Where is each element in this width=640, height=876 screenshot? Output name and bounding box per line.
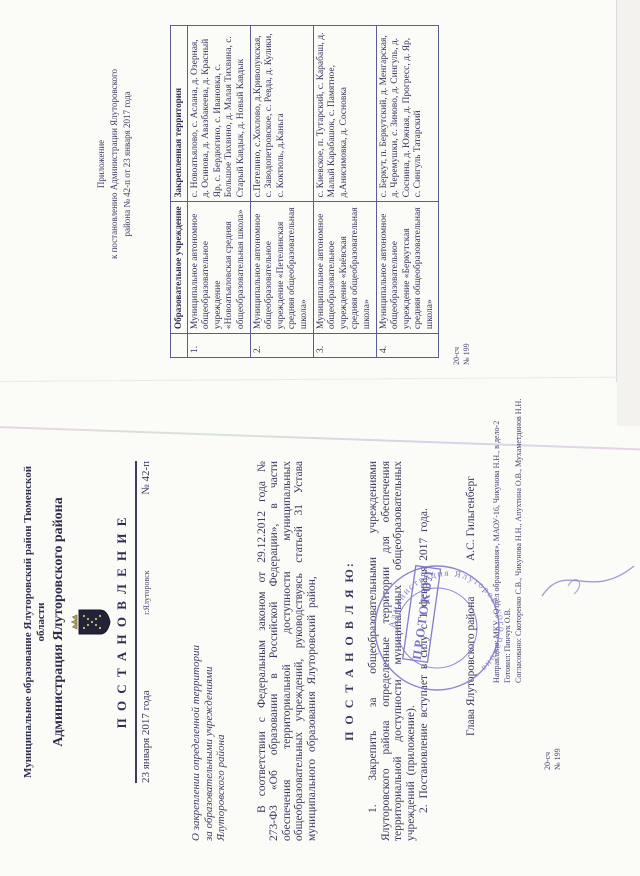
row-institution: Муниципальное автономное общеобразовател… (187, 202, 250, 334)
table-header-num (171, 334, 188, 358)
row-number: 1. (187, 334, 250, 358)
row-institution: Муниципальное автономное общеобразовател… (250, 202, 313, 334)
schools-table: Образовательное учреждение Закрепленная … (170, 25, 439, 358)
row-number: 3. (313, 334, 376, 358)
table-header-territory: Закрепленная территория (171, 26, 188, 202)
signature-name: А.С. Гильгенберг (465, 476, 477, 561)
case-code: 20-сч (452, 343, 462, 365)
resolution-item-1: 1. Закрепить за общеобразовательными учр… (367, 461, 417, 841)
document-place: г.Ялуторовск (142, 570, 151, 614)
footer-agreed-line: Согласовано: Скоторенко С.В., Чикунова Н… (513, 461, 524, 683)
administration-name: Администрация Ялуторовского района (50, 461, 67, 783)
appendix-header-line2: к постановлению Администрации Ялуторовск… (108, 58, 121, 270)
row-institution: Муниципальное автономное общеобразовател… (313, 202, 376, 334)
case-number: № 199 (553, 748, 563, 770)
appendix-page: Приложение к постановлению Администрации… (0, 0, 640, 430)
table-header-row: Образовательное учреждение Закрепленная … (171, 26, 188, 358)
row-number: 4. (376, 334, 439, 358)
preamble-paragraph: В соответствии с Федеральным законом от … (256, 461, 319, 841)
row-territory: с.Петелино, с.Хохлово, д.Криволукская, с… (250, 26, 313, 202)
table-row: 4. Муниципальное автономное общеобразова… (376, 26, 439, 358)
table-row: 1. Муниципальное автономное общеобразова… (187, 26, 250, 358)
appendix-header-line1: Приложение (95, 58, 108, 270)
scanned-document: Приложение к постановлению Администрации… (0, 0, 640, 876)
appendix-header: Приложение к постановлению Администрации… (95, 58, 134, 270)
footer-sent-line: Направлено: МКУ «Отдел образования», МАО… (491, 461, 502, 683)
resolution-item-2: 2. Постановление вступает в силу с 1 фев… (418, 461, 431, 841)
table-row: 3. Муниципальное автономное общеобразова… (313, 26, 376, 358)
resolution-page: Муниципальное образование Ялуторовский р… (0, 406, 640, 876)
document-subject: О закреплении определенной территории за… (190, 636, 228, 841)
case-number-note: 20-сч № 199 (543, 748, 563, 770)
resolve-heading: П О С Т А Н О В Л Я Ю: (342, 461, 357, 841)
coat-of-arms-icon (70, 605, 112, 639)
municipality-name: Муниципальное образование Ялуторовский р… (22, 461, 48, 783)
case-code: 20-сч (543, 748, 553, 770)
row-territory: с. Киевское, п. Тутарский, с. Карабаш, д… (313, 26, 376, 202)
signature-row: Глава Ялуторовского района А.С. Гильгенб… (465, 476, 477, 736)
footer-prepared-line: Готовил: Пинчук О.В. (502, 461, 513, 683)
case-number-note: 20-сч № 199 (452, 343, 472, 365)
letterhead-rule (135, 461, 137, 783)
row-territory: с. Новоатьялово, с. Аслана, д. Озерная, … (187, 26, 250, 202)
date-row: 23 января 2017 года г.Ялуторовск № 42-п (140, 461, 152, 783)
document-number: № 42-п (140, 461, 152, 495)
appendix-header-line3: района № 42-п от 23 января 2017 года (121, 58, 134, 270)
document-type-title: П О С Т А Н О В Л Е Н И Е (114, 461, 130, 783)
document-date: 23 января 2017 года (140, 690, 152, 783)
table-header-institution: Образовательное учреждение (171, 202, 188, 334)
case-number: № 199 (462, 343, 472, 365)
row-institution: Муниципальное автономное общеобразовател… (376, 202, 439, 334)
table-row: 2. Муниципальное автономное общеобразова… (250, 26, 313, 358)
letterhead: Муниципальное образование Ялуторовский р… (22, 461, 152, 783)
row-number: 2. (250, 334, 313, 358)
signature-flourish (538, 552, 638, 612)
row-territory: с. Беркут, п. Беркутский, д. Менгарская,… (376, 26, 439, 202)
signature-title: Глава Ялуторовского района (465, 597, 477, 736)
routing-footer: Направлено: МКУ «Отдел образования», МАО… (491, 461, 524, 683)
